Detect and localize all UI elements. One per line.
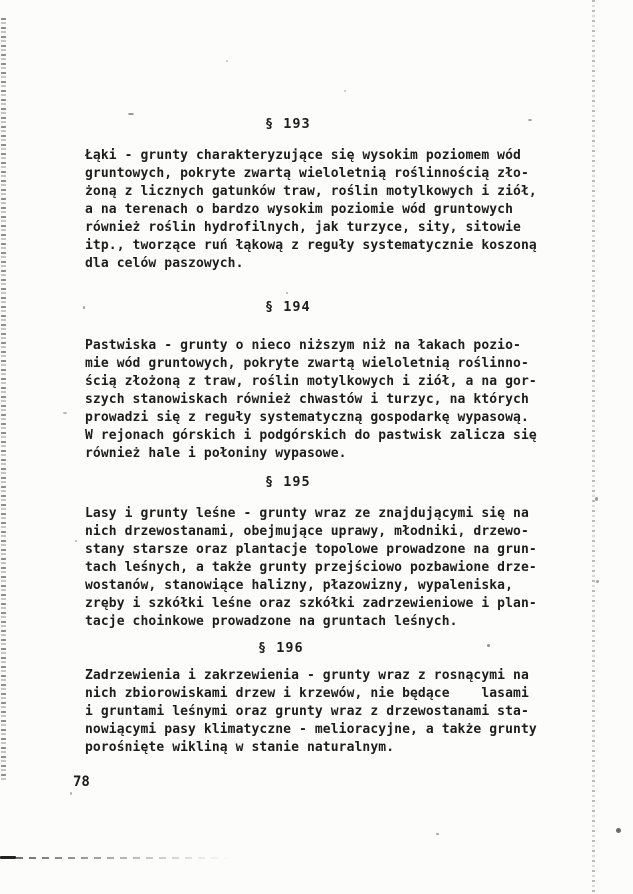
scan-speck (436, 833, 439, 835)
section-body-195: Lasy i grunty leśne - grunty wraz ze zna… (85, 505, 545, 631)
section-body-193: Łąki - grunty charakteryzujące się wysok… (85, 147, 545, 273)
scan-speck (83, 306, 85, 309)
scan-speck (487, 644, 490, 647)
section-heading-194: § 194 (265, 299, 311, 315)
section-body-196: Zadrzewienia i zakrzewienia - grunty wra… (85, 667, 545, 757)
scan-speck (344, 90, 346, 92)
scan-speck (226, 60, 228, 62)
scan-speck (595, 497, 598, 501)
bottom-edge-scan-line (0, 856, 232, 859)
scan-speck (128, 113, 134, 115)
scan-speck (286, 292, 288, 294)
left-edge-scan-artifact (1, 18, 6, 783)
scan-speck (616, 828, 621, 833)
scan-speck (63, 412, 67, 414)
section-heading-196: § 196 (258, 640, 304, 656)
section-body-194: Pastwiska - grunty o nieco niższym niż n… (85, 337, 545, 463)
scan-speck (596, 580, 599, 583)
scanned-document-page: § 193 Łąki - grunty charakteryzujące się… (0, 0, 633, 894)
page-number: 78 (73, 774, 90, 790)
scan-speck (75, 540, 77, 542)
scan-speck (70, 792, 72, 795)
section-heading-193: § 193 (265, 116, 311, 132)
right-edge-scan-artifact (592, 0, 595, 894)
section-heading-195: § 195 (265, 474, 311, 490)
scan-speck (528, 119, 532, 121)
